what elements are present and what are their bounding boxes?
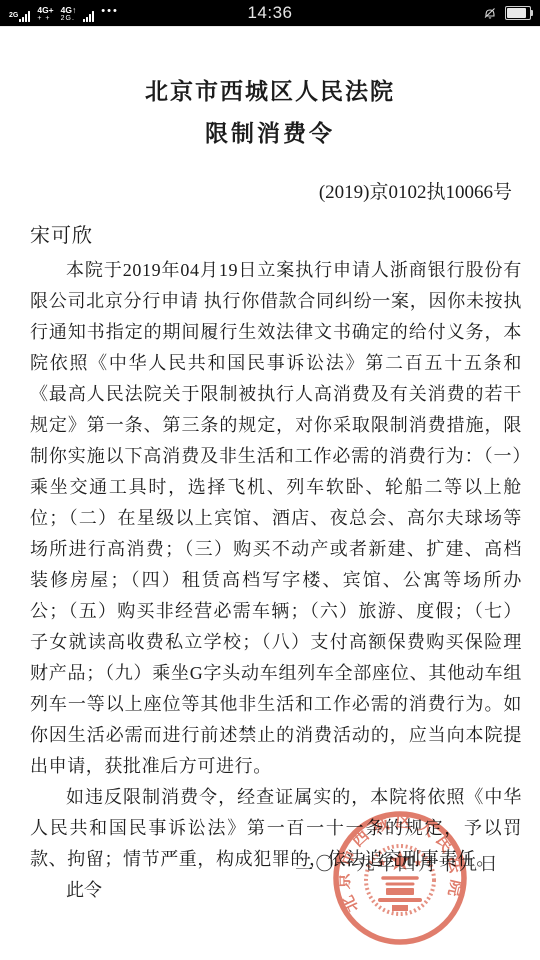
signal-bars-icon bbox=[19, 11, 30, 22]
battery-icon bbox=[505, 6, 531, 20]
network-badge-2: 4G↑ 2G. bbox=[61, 6, 77, 23]
paragraph-restrictions: 本院于2019年04月19日立案执行申请人浙商银行股份有限公司北京分行申请 执行… bbox=[30, 255, 522, 782]
status-right-cluster bbox=[482, 0, 531, 26]
network-badge-1: 4G+ + + bbox=[37, 6, 53, 23]
network-type-label: 2G bbox=[9, 12, 18, 19]
issue-date: 二〇一九年四月十九日 bbox=[295, 850, 500, 876]
network-badge-2-top: 4G↑ bbox=[61, 6, 77, 15]
network-badge-1-top: 4G+ bbox=[37, 6, 53, 15]
status-left-cluster: 2G 4G+ + + 4G↑ 2G. ••• bbox=[9, 0, 119, 26]
document-body: 本院于2019年04月19日立案执行申请人浙商银行股份有限公司北京分行申请 执行… bbox=[0, 255, 540, 875]
notification-dots: ••• bbox=[101, 6, 119, 17]
court-document: 北京市西城区人民法院 限制消费令 (2019)京0102执10066号 宋可欣 … bbox=[0, 27, 540, 960]
status-bar: 2G 4G+ + + 4G↑ 2G. ••• 14:36 bbox=[0, 0, 540, 27]
closing-phrase: 此令 bbox=[0, 875, 540, 906]
network-badge-1-bottom: + + bbox=[37, 15, 50, 22]
court-name-heading: 北京市西城区人民法院 bbox=[0, 73, 540, 106]
screenshot-page: 2G 4G+ + + 4G↑ 2G. ••• 14:36 bbox=[0, 0, 540, 960]
signal-strength-icon: 2G bbox=[9, 11, 30, 22]
recipient-name: 宋可欣 bbox=[0, 219, 540, 248]
case-number: (2019)京0102执10066号 bbox=[0, 177, 540, 204]
mute-bell-icon bbox=[482, 5, 498, 21]
network-badge-2-bottom: 2G. bbox=[61, 15, 75, 22]
signal-bars-icon-2 bbox=[83, 11, 94, 22]
document-title: 限制消费令 bbox=[0, 115, 540, 148]
